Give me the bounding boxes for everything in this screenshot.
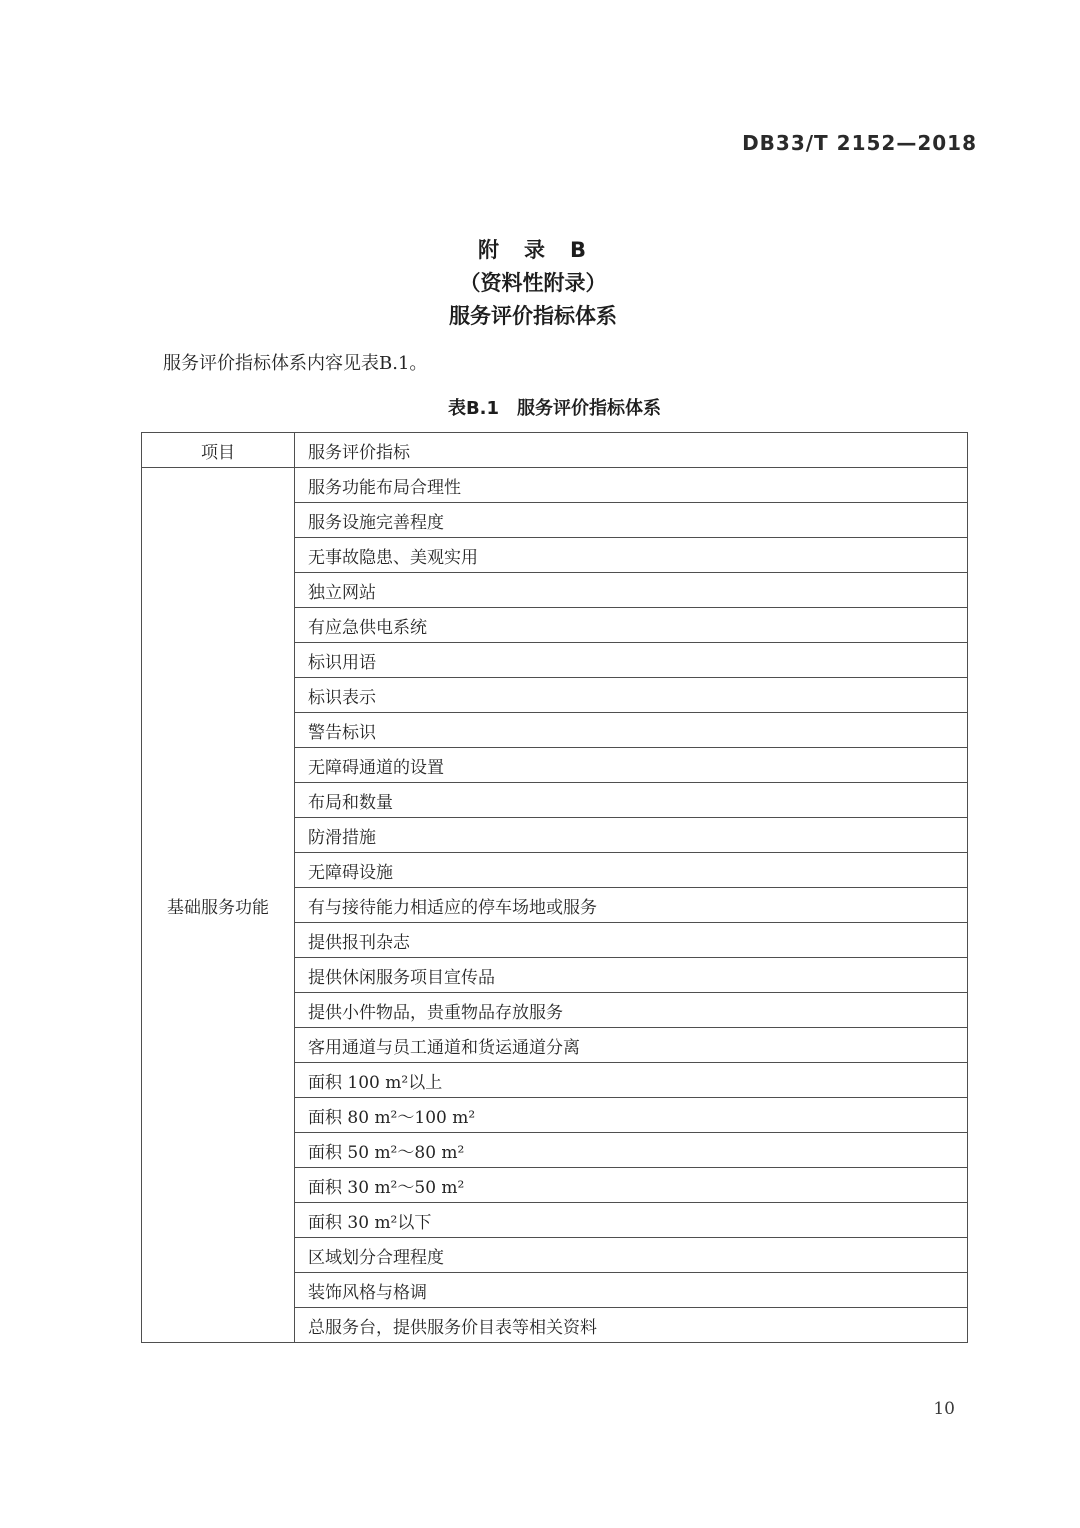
table-cell-indicator: 标识表示 bbox=[295, 678, 968, 713]
document-page: DB33/T 2152—2018 附 录 B （资料性附录） 服务评价指标体系 … bbox=[0, 0, 1080, 1528]
table-cell-indicator: 客用通道与员工通道和货运通道分离 bbox=[295, 1028, 968, 1063]
table-cell-indicator: 面积 30 m²～50 m² bbox=[295, 1168, 968, 1203]
table-cell-indicator: 独立网站 bbox=[295, 573, 968, 608]
table-cell-indicator: 面积 100 m²以上 bbox=[295, 1063, 968, 1098]
standard-code: DB33/T 2152—2018 bbox=[742, 131, 977, 155]
table-header-item: 项目 bbox=[142, 433, 295, 468]
table-cell-indicator: 装饰风格与格调 bbox=[295, 1273, 968, 1308]
table-cell-indicator: 提供休闲服务项目宣传品 bbox=[295, 958, 968, 993]
table-cell-indicator: 布局和数量 bbox=[295, 783, 968, 818]
table-cell-indicator: 提供报刊杂志 bbox=[295, 923, 968, 958]
table-header-indicator: 服务评价指标 bbox=[295, 433, 968, 468]
appendix-title-block: 附 录 B （资料性附录） 服务评价指标体系 bbox=[0, 234, 1066, 333]
table-cell-indicator: 防滑措施 bbox=[295, 818, 968, 853]
table-caption: 表B.1 服务评价指标体系 bbox=[141, 394, 968, 420]
table-cell-indicator: 面积 80 m²～100 m² bbox=[295, 1098, 968, 1133]
table-cell-indicator: 无事故隐患、美观实用 bbox=[295, 538, 968, 573]
table-cell-indicator: 面积 50 m²～80 m² bbox=[295, 1133, 968, 1168]
table-cell-indicator: 有应急供电系统 bbox=[295, 608, 968, 643]
table-row: 基础服务功能 服务功能布局合理性 bbox=[142, 468, 968, 503]
table-cell-indicator: 有与接待能力相适应的停车场地或服务 bbox=[295, 888, 968, 923]
intro-paragraph: 服务评价指标体系内容见表B.1。 bbox=[141, 349, 968, 375]
table-cell-indicator: 服务功能布局合理性 bbox=[295, 468, 968, 503]
table-cell-indicator: 提供小件物品，贵重物品存放服务 bbox=[295, 993, 968, 1028]
table-cell-indicator: 区域划分合理程度 bbox=[295, 1238, 968, 1273]
page-number: 10 bbox=[933, 1399, 955, 1419]
appendix-subtitle: （资料性附录） bbox=[0, 267, 1066, 300]
table-group-label: 基础服务功能 bbox=[142, 468, 295, 1343]
table-cell-indicator: 标识用语 bbox=[295, 643, 968, 678]
table-header-row: 项目 服务评价指标 bbox=[142, 433, 968, 468]
table-cell-indicator: 警告标识 bbox=[295, 713, 968, 748]
service-evaluation-table: 项目 服务评价指标 基础服务功能 服务功能布局合理性 服务设施完善程度 无事故隐… bbox=[141, 432, 968, 1343]
table-cell-indicator: 无障碍通道的设置 bbox=[295, 748, 968, 783]
table-cell-indicator: 无障碍设施 bbox=[295, 853, 968, 888]
appendix-heading: 服务评价指标体系 bbox=[0, 300, 1066, 333]
table-cell-indicator: 面积 30 m²以下 bbox=[295, 1203, 968, 1238]
table-cell-indicator: 总服务台，提供服务价目表等相关资料 bbox=[295, 1308, 968, 1343]
table-cell-indicator: 服务设施完善程度 bbox=[295, 503, 968, 538]
appendix-title: 附 录 B bbox=[0, 234, 1066, 267]
